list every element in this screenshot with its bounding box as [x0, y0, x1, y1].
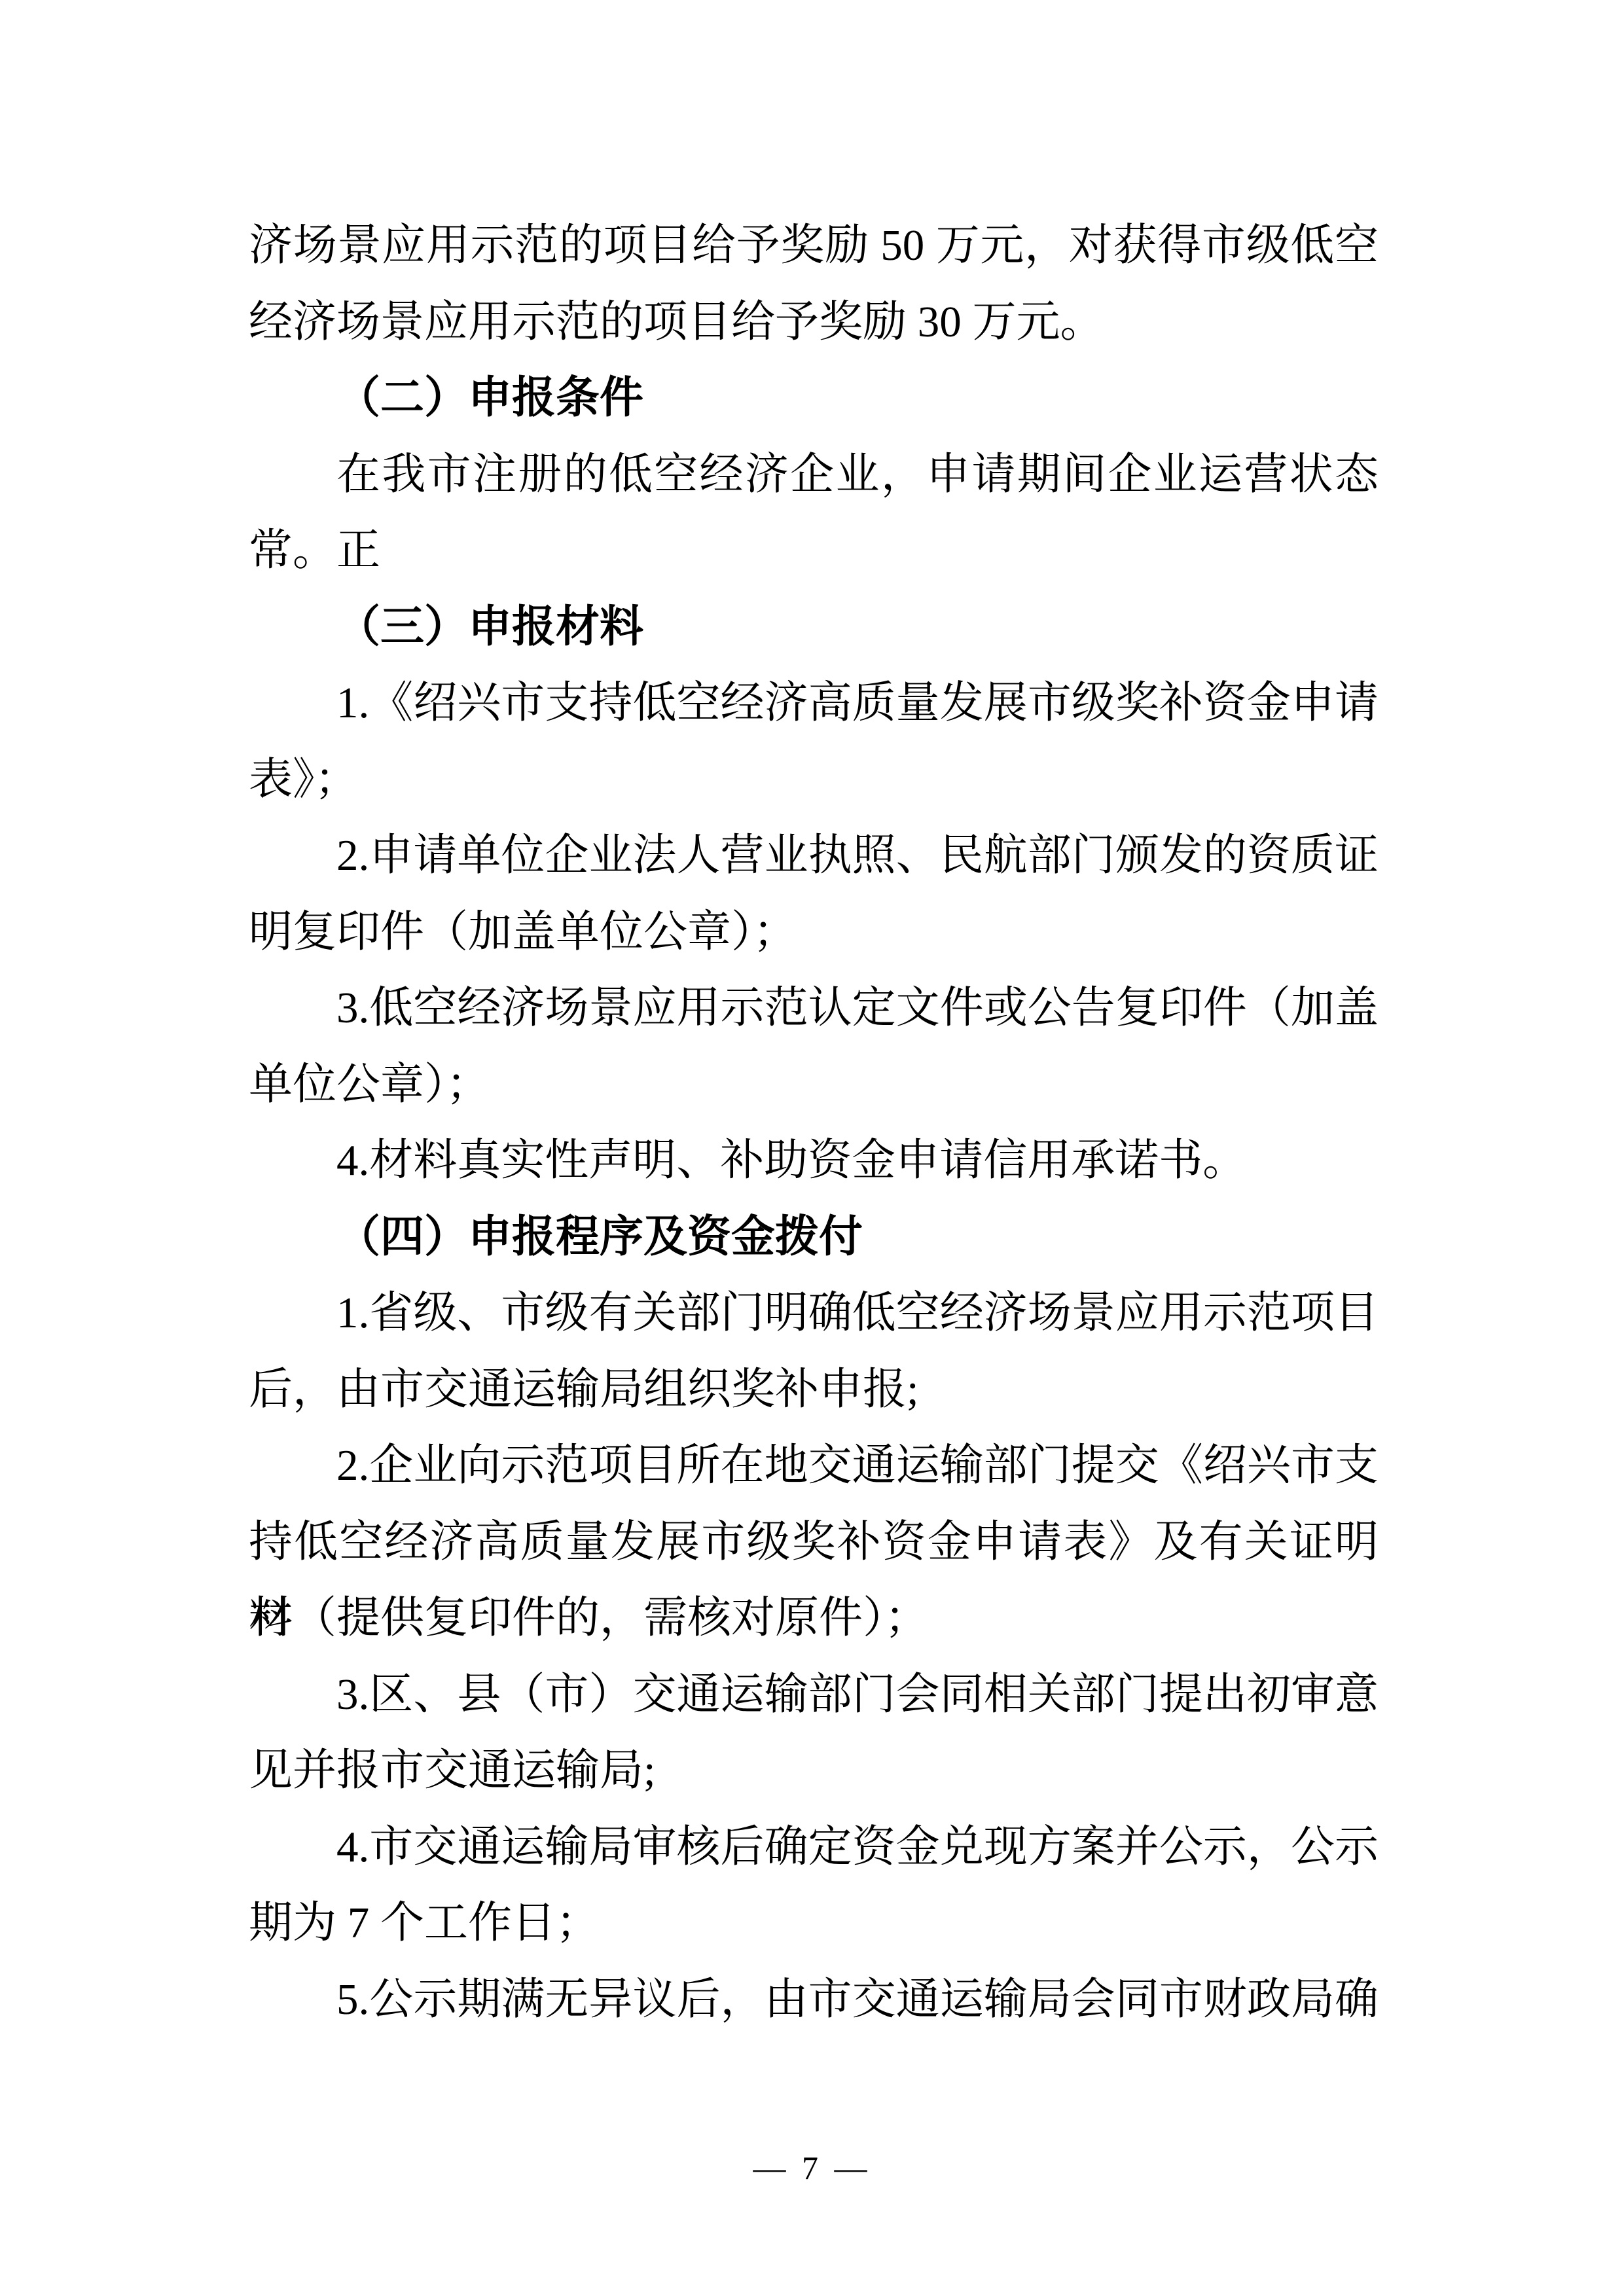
paragraph-line: 持低空经济高质量发展市级奖补资金申请表》及有关证明材 [249, 1504, 1379, 1581]
section-heading: （四）申报程序及资金拨付 [249, 1199, 1379, 1276]
paragraph-line: 常。 [249, 512, 1379, 589]
paragraph-line: 表》； [249, 742, 1379, 818]
paragraph-line: 1.《绍兴市支持低空经济高质量发展市级奖补资金申请 [249, 665, 1379, 742]
paragraph-line: 4.材料真实性声明、补助资金申请信用承诺书。 [249, 1122, 1379, 1199]
paragraph-line: 在我市注册的低空经济企业，申请期间企业运营状态正 [249, 437, 1379, 513]
paragraph-line: 5.公示期满无异议后，由市交通运输局会同市财政局确 [249, 1962, 1379, 2038]
paragraph-line: 济场景应用示范的项目给予奖励 50 万元，对获得市级低空 [249, 207, 1379, 284]
paragraph-line: 后，由市交通运输局组织奖补申报; [249, 1352, 1379, 1428]
paragraph-line: 3.低空经济场景应用示范认定文件或公告复印件（加盖 [249, 970, 1379, 1047]
paragraph-line: 2.企业向示范项目所在地交通运输部门提交《绍兴市支 [249, 1427, 1379, 1504]
paragraph-line: 料（提供复印件的，需核对原件）； [249, 1580, 1379, 1657]
section-heading: （三）申报材料 [249, 589, 1379, 666]
section-heading: （二）申报条件 [249, 360, 1379, 437]
paragraph-line: 2.申请单位企业法人营业执照、民航部门颁发的资质证 [249, 817, 1379, 894]
paragraph-line: 3.区、县（市）交通运输部门会同相关部门提出初审意 [249, 1657, 1379, 1733]
paragraph-line: 经济场景应用示范的项目给予奖励 30 万元。 [249, 284, 1379, 361]
paragraph-line: 4.市交通运输局审核后确定资金兑现方案并公示，公示 [249, 1809, 1379, 1886]
paragraph-line: 明复印件（加盖单位公章）； [249, 894, 1379, 971]
paragraph-line: 期为 7 个工作日； [249, 1885, 1379, 1962]
document-page: 济场景应用示范的项目给予奖励 50 万元，对获得市级低空 经济场景应用示范的项目… [0, 0, 1624, 2296]
paragraph-line: 单位公章）； [249, 1047, 1379, 1123]
paragraph-line: 见并报市交通运输局; [249, 1732, 1379, 1809]
page-number: — 7 — [0, 2142, 1624, 2194]
document-body: 济场景应用示范的项目给予奖励 50 万元，对获得市级低空 经济场景应用示范的项目… [249, 207, 1379, 2037]
paragraph-line: 1.省级、市级有关部门明确低空经济场景应用示范项目 [249, 1275, 1379, 1352]
